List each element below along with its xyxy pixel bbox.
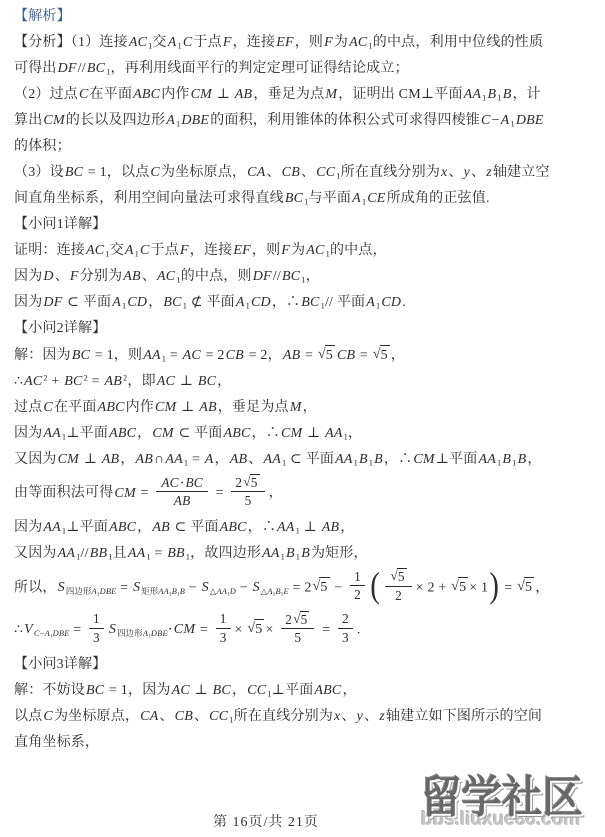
radical-sign: √5 bbox=[517, 580, 534, 595]
page-number-footer: 第 16页/共 21页 bbox=[213, 811, 319, 831]
fraction: 2√55 bbox=[231, 474, 264, 509]
subq2-line-10: ∴VC−A1DBE = 13S四边形A1DBE⋅CM = 13× √5× 2√5… bbox=[14, 613, 595, 648]
subq2-line-3: 过点C在平面ABC内作CM ⊥ AB，垂足为点M， bbox=[14, 398, 595, 417]
radical-sign: √5 bbox=[390, 569, 406, 584]
document-page: 【解析】【分析】（1）连接AC1交A1C于点F，连接EF，则F为AC1的中点，利… bbox=[0, 0, 605, 837]
radical-sign: √5 bbox=[243, 475, 259, 490]
fraction: 2√55 bbox=[281, 611, 314, 646]
analysis-line-7: 间直角坐标系，利用空间向量法可求得直线BC1与平面A1CE所成角的正弦值. bbox=[14, 189, 595, 208]
big-parenthesis: ) bbox=[489, 567, 499, 603]
analysis-line-6: （3）设BC = 1，以点C为坐标原点，CA、CB、CC1所在直线分别为x、y、… bbox=[14, 163, 595, 182]
watermark-site-name: 留学社区 bbox=[421, 776, 596, 820]
radical-sign: √5 bbox=[451, 580, 468, 595]
subq1-line-1: 证明：连接AC1交A1C于点F，连接EF，则F为AC1的中点， bbox=[14, 241, 595, 260]
radical-sign: √5 bbox=[318, 348, 335, 363]
subq3-line-1: 解：不妨设BC = 1，因为AC ⊥ BC，CC1⊥平面ABC， bbox=[14, 681, 595, 700]
fraction: 13 bbox=[216, 611, 231, 645]
subq3-line-3: 直角坐标系， bbox=[14, 733, 595, 752]
fraction: 12 bbox=[350, 569, 365, 603]
analysis-line-2: 可得出DF//BC1，再利用线面平行的判定定理可证得结论成立； bbox=[14, 59, 595, 78]
big-parenthesis: ( bbox=[370, 567, 380, 603]
fraction: √52 bbox=[385, 568, 411, 603]
fraction: 23 bbox=[338, 611, 353, 645]
subquestion-1-header: 【小问1详解】 bbox=[14, 215, 595, 234]
subq2-line-7: 因为AA1⊥平面ABC，AB ⊂ 平面ABC，∴AA1 ⊥ AB， bbox=[14, 518, 595, 537]
subq2-line-5: 又因为CM ⊥ AB，AB∩AA1 = A，AB、AA1 ⊂ 平面AA1B1B，… bbox=[14, 450, 595, 469]
radical-sign: √5 bbox=[293, 612, 309, 627]
subq2-line-4: 因为AA1⊥平面ABC，CM ⊂ 平面ABC，∴CM ⊥ AA1， bbox=[14, 424, 595, 443]
watermark-site-url: bbs.liuxue86.com bbox=[421, 810, 605, 829]
watermark: 留学社区 bbs.liuxue86.com bbox=[421, 776, 605, 829]
fraction: 13 bbox=[89, 611, 104, 645]
analysis-line-4: 算出CM的长以及四边形A1DBE的面积，利用锥体的体积公式可求得四棱锥C−A1D… bbox=[14, 111, 595, 130]
subq2-line-1: 解：因为BC = 1，则AA1 = AC = 2CB = 2，AB = √5CB… bbox=[14, 345, 595, 365]
subq2-line-2: ∴AC2 + BC2 = AB2，即AC ⊥ BC， bbox=[14, 372, 595, 391]
analysis-line-1: 【分析】（1）连接AC1交A1C于点F，连接EF，则F为AC1的中点，利用中位线… bbox=[14, 33, 595, 52]
subquestion-2-header: 【小问2详解】 bbox=[14, 319, 595, 338]
subq1-line-2: 因为D、F分别为AB、AC1的中点，则DF//BC1， bbox=[14, 267, 595, 286]
section-header-explanation: 【解析】 bbox=[14, 7, 595, 26]
analysis-line-3: （2）过点C在平面ABC内作CM ⊥ AB，垂足为点M，证明出 CM⊥平面AA1… bbox=[14, 85, 595, 104]
subq2-line-8: 又因为AA1//BB1且AA1 = BB1，故四边形AA1B1B为矩形， bbox=[14, 544, 595, 563]
radical-sign: √5 bbox=[373, 348, 390, 363]
analysis-line-5: 的体积； bbox=[14, 137, 595, 156]
subq2-line-9: 所以，S四边形A1DBE = S矩形AA1B1B − S△AA1D − S△A1… bbox=[14, 570, 595, 606]
radical-sign: √5 bbox=[247, 622, 264, 637]
subquestion-3-header: 【小问3详解】 bbox=[14, 655, 595, 674]
fraction: AC⋅BCAB bbox=[156, 475, 208, 509]
subq3-line-2: 以点C为坐标原点，CA、CB、CC1所在直线分别为x、y、z轴建立如下图所示的空… bbox=[14, 707, 595, 726]
subq2-line-6: 由等面积法可得CM = AC⋅BCAB = 2√55， bbox=[14, 476, 595, 511]
subq1-line-3: 因为DF ⊂ 平面A1CD，BC1 ⊄ 平面A1CD，∴BC1// 平面A1CD… bbox=[14, 293, 595, 312]
solution-text: 【解析】【分析】（1）连接AC1交A1C于点F，连接EF，则F为AC1的中点，利… bbox=[14, 7, 595, 752]
radical-sign: √5 bbox=[313, 580, 330, 595]
